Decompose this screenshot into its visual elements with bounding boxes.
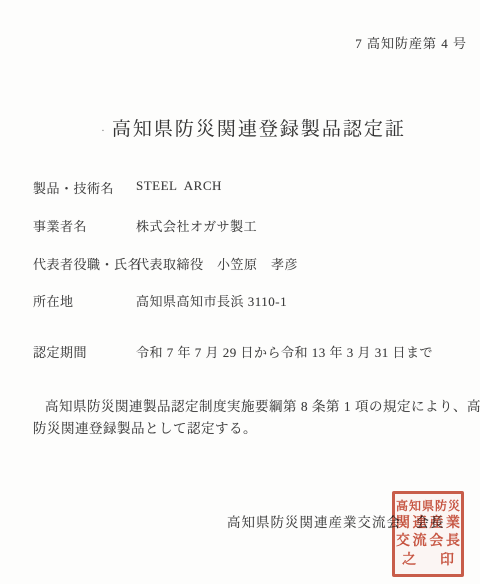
red-seal-stamp: 高知県防災 関連産業 交流会長 之印 (392, 491, 464, 577)
field-value-product: STEEL ARCH (136, 178, 222, 194)
field-value-period: 令和 7 年 7 月 29 日から令和 13 年 3 月 31 日まで (136, 342, 433, 361)
field-row-company: 事業者名 株式会社オガサ製工 (0, 216, 480, 234)
field-value-representative: 代表取締役 小笠原 孝彦 (136, 254, 298, 273)
certificate-title-row: ·高知県防災関連登録製品認定証 (0, 92, 480, 163)
seal-text-line: 高知県防災 (396, 500, 460, 512)
scan-dot-mark: · (101, 125, 105, 137)
field-value-address: 高知県高知市長浜 3110-1 (136, 291, 287, 310)
certification-statement: 高知県防災関連製品認定制度実施要綱第 8 条第 1 項の規定により、高知県 防災… (33, 396, 457, 440)
field-label-product: 製品・技術名 (33, 178, 114, 197)
statement-line-2: 防災関連登録製品として認定する。 (33, 418, 457, 440)
seal-text-line: 之印 (396, 554, 460, 568)
document-number: 7 高知防産第 4 号 (355, 33, 467, 52)
field-value-company: 株式会社オガサ製工 (136, 216, 257, 235)
seal-text-line: 関連産業 (396, 517, 460, 531)
certificate-title: 高知県防災関連登録製品認定証 (112, 119, 406, 140)
certificate-page: 7 高知防産第 4 号 ·高知県防災関連登録製品認定証 製品・技術名 STEEL… (0, 0, 480, 584)
field-row-period: 認定期間 令和 7 年 7 月 29 日から令和 13 年 3 月 31 日まで (0, 342, 480, 360)
statement-line-1: 高知県防災関連製品認定制度実施要綱第 8 条第 1 項の規定により、高知県 (33, 396, 457, 418)
field-label-representative: 代表者役職・氏名 (33, 254, 141, 273)
field-row-product: 製品・技術名 STEEL ARCH (0, 178, 480, 196)
seal-text-line: 交流会長 (396, 535, 460, 549)
field-row-address: 所在地 高知県高知市長浜 3110-1 (0, 291, 480, 309)
field-label-period: 認定期間 (33, 342, 87, 361)
field-label-company: 事業者名 (33, 216, 87, 235)
field-row-representative: 代表者役職・氏名 代表取締役 小笠原 孝彦 (0, 254, 480, 272)
field-label-address: 所在地 (33, 291, 74, 310)
